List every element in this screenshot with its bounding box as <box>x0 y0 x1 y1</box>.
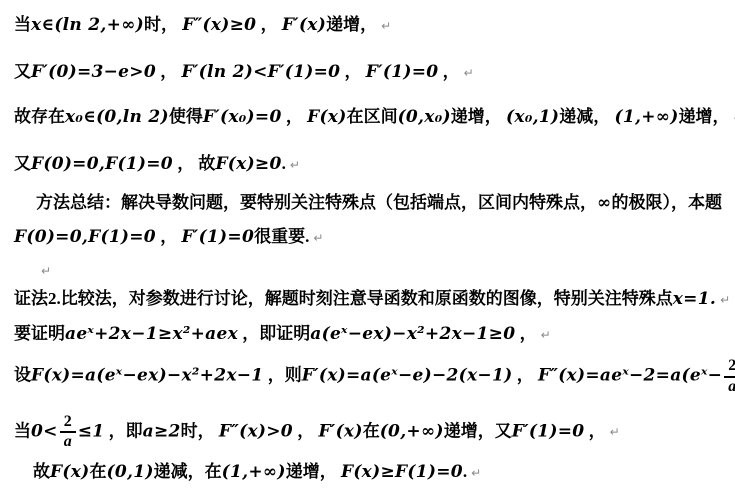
text-segment: 递减，在 <box>154 462 222 481</box>
math-line-8: 故F(x)在(0,1)递减，在(1,+∞)递增， F(x)≥F(1)=0.↵ <box>14 459 727 486</box>
math-segment: F″(x)≥0 <box>182 15 256 35</box>
summary-line-2: F(0)=0,F(1)=0 ， F′(1)=0很重要.↵ <box>14 224 727 251</box>
math-segment: F(x)≥0 <box>215 154 281 174</box>
text-segment: 又 <box>14 154 31 173</box>
text-segment: 在区间 <box>347 107 398 126</box>
text-segment: 时， <box>181 421 219 440</box>
math-segment: aeˣ+2x−1≥x²+aex <box>65 324 238 344</box>
text-segment: 递增， <box>679 107 730 126</box>
math-segment: F′(1)=0 <box>181 227 254 247</box>
text-segment: ， <box>293 421 319 440</box>
math-segment: x₀∈(0,ln 2) <box>65 107 169 127</box>
text-segment: 当 <box>14 15 31 34</box>
text-segment: ， 故 <box>173 154 216 173</box>
math-segment: F(x)=a(eˣ−ex)−x²+2x−1 <box>31 366 263 386</box>
text-segment: 递增，又 <box>444 421 512 440</box>
math-line-3: 故存在x₀∈(0,ln 2)使得F′(x₀)=0 ， F(x)在区间(0,x₀)… <box>14 104 727 131</box>
math-segment: F′(1)=0 <box>512 421 585 441</box>
return-mark-icon: ↵ <box>730 111 735 125</box>
return-mark-icon: ↵ <box>286 158 300 172</box>
return-mark-icon: ↵ <box>377 19 391 33</box>
text-segment: 递增， <box>451 107 506 126</box>
math-segment: x=1. <box>673 289 716 309</box>
text-segment: ，则 <box>263 366 301 385</box>
fraction-denominator: a <box>724 378 735 396</box>
return-mark-icon: ↵ <box>309 231 323 245</box>
summary-line-1: 方法总结：解决导数问题，要特别关注特殊点（包括端点，区间内特殊点，∞的极限），本… <box>14 190 727 216</box>
empty-line: ↵ <box>14 257 727 284</box>
return-mark-icon: ↵ <box>460 66 474 80</box>
fraction-numerator: 2 <box>60 414 76 434</box>
text-segment: 当 <box>14 421 31 440</box>
text-segment: 在 <box>90 462 107 481</box>
fraction-numerator: 2 <box>724 358 735 378</box>
text-segment: ，即证明 <box>238 324 310 343</box>
text-segment: ，即 <box>104 421 142 440</box>
math-line-2: 又F′(0)=3−e>0 ， F′(ln 2)<F′(1)=0 ， F′(1)=… <box>14 59 727 86</box>
math-segment: F′(ln 2)<F′(1)=0 <box>181 62 340 82</box>
document-page: 当x∈(ln 2,+∞)时， F″(x)≥0 ， F′(x)递增，↵ 又F′(0… <box>0 0 735 504</box>
text-segment: ， <box>515 324 536 343</box>
return-mark-icon: ↵ <box>716 293 730 307</box>
text-segment: 递增， <box>326 15 377 34</box>
math-segment: F′(x)=a(eˣ−e)−2(x−1) <box>302 366 513 386</box>
math-segment: (1,+∞) <box>222 462 286 482</box>
return-mark-icon: ↵ <box>537 328 551 342</box>
fraction: 2a <box>724 358 735 396</box>
text-segment: 的极限），本题 <box>611 193 722 212</box>
math-segment: 0< <box>31 421 58 441</box>
text-segment: 又 <box>14 62 31 81</box>
math-segment: (1,+∞) <box>615 107 679 127</box>
math-segment: a(eˣ−ex)−x²+2x−1≥0 <box>310 324 515 344</box>
proof2-title-line: 证法2.比较法，对参数进行讨论，解题时刻注意导函数和原函数的图像，特别关注特殊点… <box>14 286 727 313</box>
text-segment: 方法总结：解决导数问题，要特别关注特殊点（包括端点，区间内特殊点， <box>36 193 597 212</box>
text-segment: 递增， <box>286 462 341 481</box>
math-line-5: 要证明aeˣ+2x−1≥x²+aex ，即证明a(eˣ−ex)−x²+2x−1≥… <box>14 321 727 348</box>
math-line-4: 又F(0)=0,F(1)=0 ， 故F(x)≥0.↵ <box>14 151 727 178</box>
math-segment: F(0)=0,F(1)=0 <box>14 227 156 247</box>
math-line-6: 设F(x)=a(eˣ−ex)−x²+2x−1 ，则F′(x)=a(eˣ−e)−2… <box>14 358 727 396</box>
math-segment: (0,+∞) <box>380 421 444 441</box>
math-segment: a≥2 <box>143 421 181 441</box>
return-mark-icon: ↵ <box>37 264 51 278</box>
math-segment: F′(0)=3−e>0 <box>31 62 156 82</box>
text-segment: ， <box>282 107 308 126</box>
text-segment: 故存在 <box>14 107 65 126</box>
math-segment: F″(x)>0 <box>219 421 293 441</box>
fraction: 2a <box>60 414 76 452</box>
math-segment: (x₀,1) <box>506 107 559 127</box>
math-line-7: 当0<2a≤1 ，即a≥2时， F″(x)>0 ， F′(x)在(0,+∞)递增… <box>14 414 727 452</box>
text-segment: 故 <box>33 462 50 481</box>
math-segment: (0,x₀) <box>398 107 451 127</box>
math-segment: (0,1) <box>107 462 154 482</box>
math-segment: F(0)=0,F(1)=0 <box>31 154 173 174</box>
text-segment: 递减， <box>559 107 614 126</box>
math-segment: F(x) <box>50 462 90 482</box>
text-segment: 要证明 <box>14 324 65 343</box>
math-segment: F′(x) <box>318 421 362 441</box>
text-segment: 证法2.比较法，对参数进行讨论，解题时刻注意导函数和原函数的图像，特别关注特殊点 <box>14 289 673 308</box>
math-segment: F″(x)=aeˣ−2=a(eˣ− <box>538 366 722 386</box>
math-segment: F′(x₀)=0 <box>203 107 282 127</box>
text-segment: ， <box>256 15 282 34</box>
text-segment: 在 <box>363 421 380 440</box>
text-segment: 设 <box>14 366 31 385</box>
math-segment: ∞ <box>597 193 611 213</box>
text-segment: ， <box>340 62 366 81</box>
text-segment: ， <box>156 227 182 246</box>
math-segment: F(x)≥F(1)=0 <box>341 462 463 482</box>
text-segment: 很重要. <box>254 227 309 246</box>
math-line-1: 当x∈(ln 2,+∞)时， F″(x)≥0 ， F′(x)递增，↵ <box>14 12 727 39</box>
text-segment: ， <box>512 366 538 385</box>
math-segment: ≤1 <box>78 421 105 441</box>
fraction-denominator: a <box>60 433 76 451</box>
math-segment: F′(x) <box>282 15 326 35</box>
return-mark-icon: ↵ <box>606 425 620 439</box>
text-segment: 使得 <box>169 107 203 126</box>
text-segment: ， <box>584 421 605 440</box>
text-segment: 时， <box>144 15 182 34</box>
math-segment: F(x) <box>307 107 347 127</box>
text-segment: ， <box>156 62 182 81</box>
text-segment: ， <box>438 62 459 81</box>
return-mark-icon: ↵ <box>467 466 481 480</box>
math-segment: F′(1)=0 <box>366 62 439 82</box>
math-segment: x∈(ln 2,+∞) <box>31 15 144 35</box>
